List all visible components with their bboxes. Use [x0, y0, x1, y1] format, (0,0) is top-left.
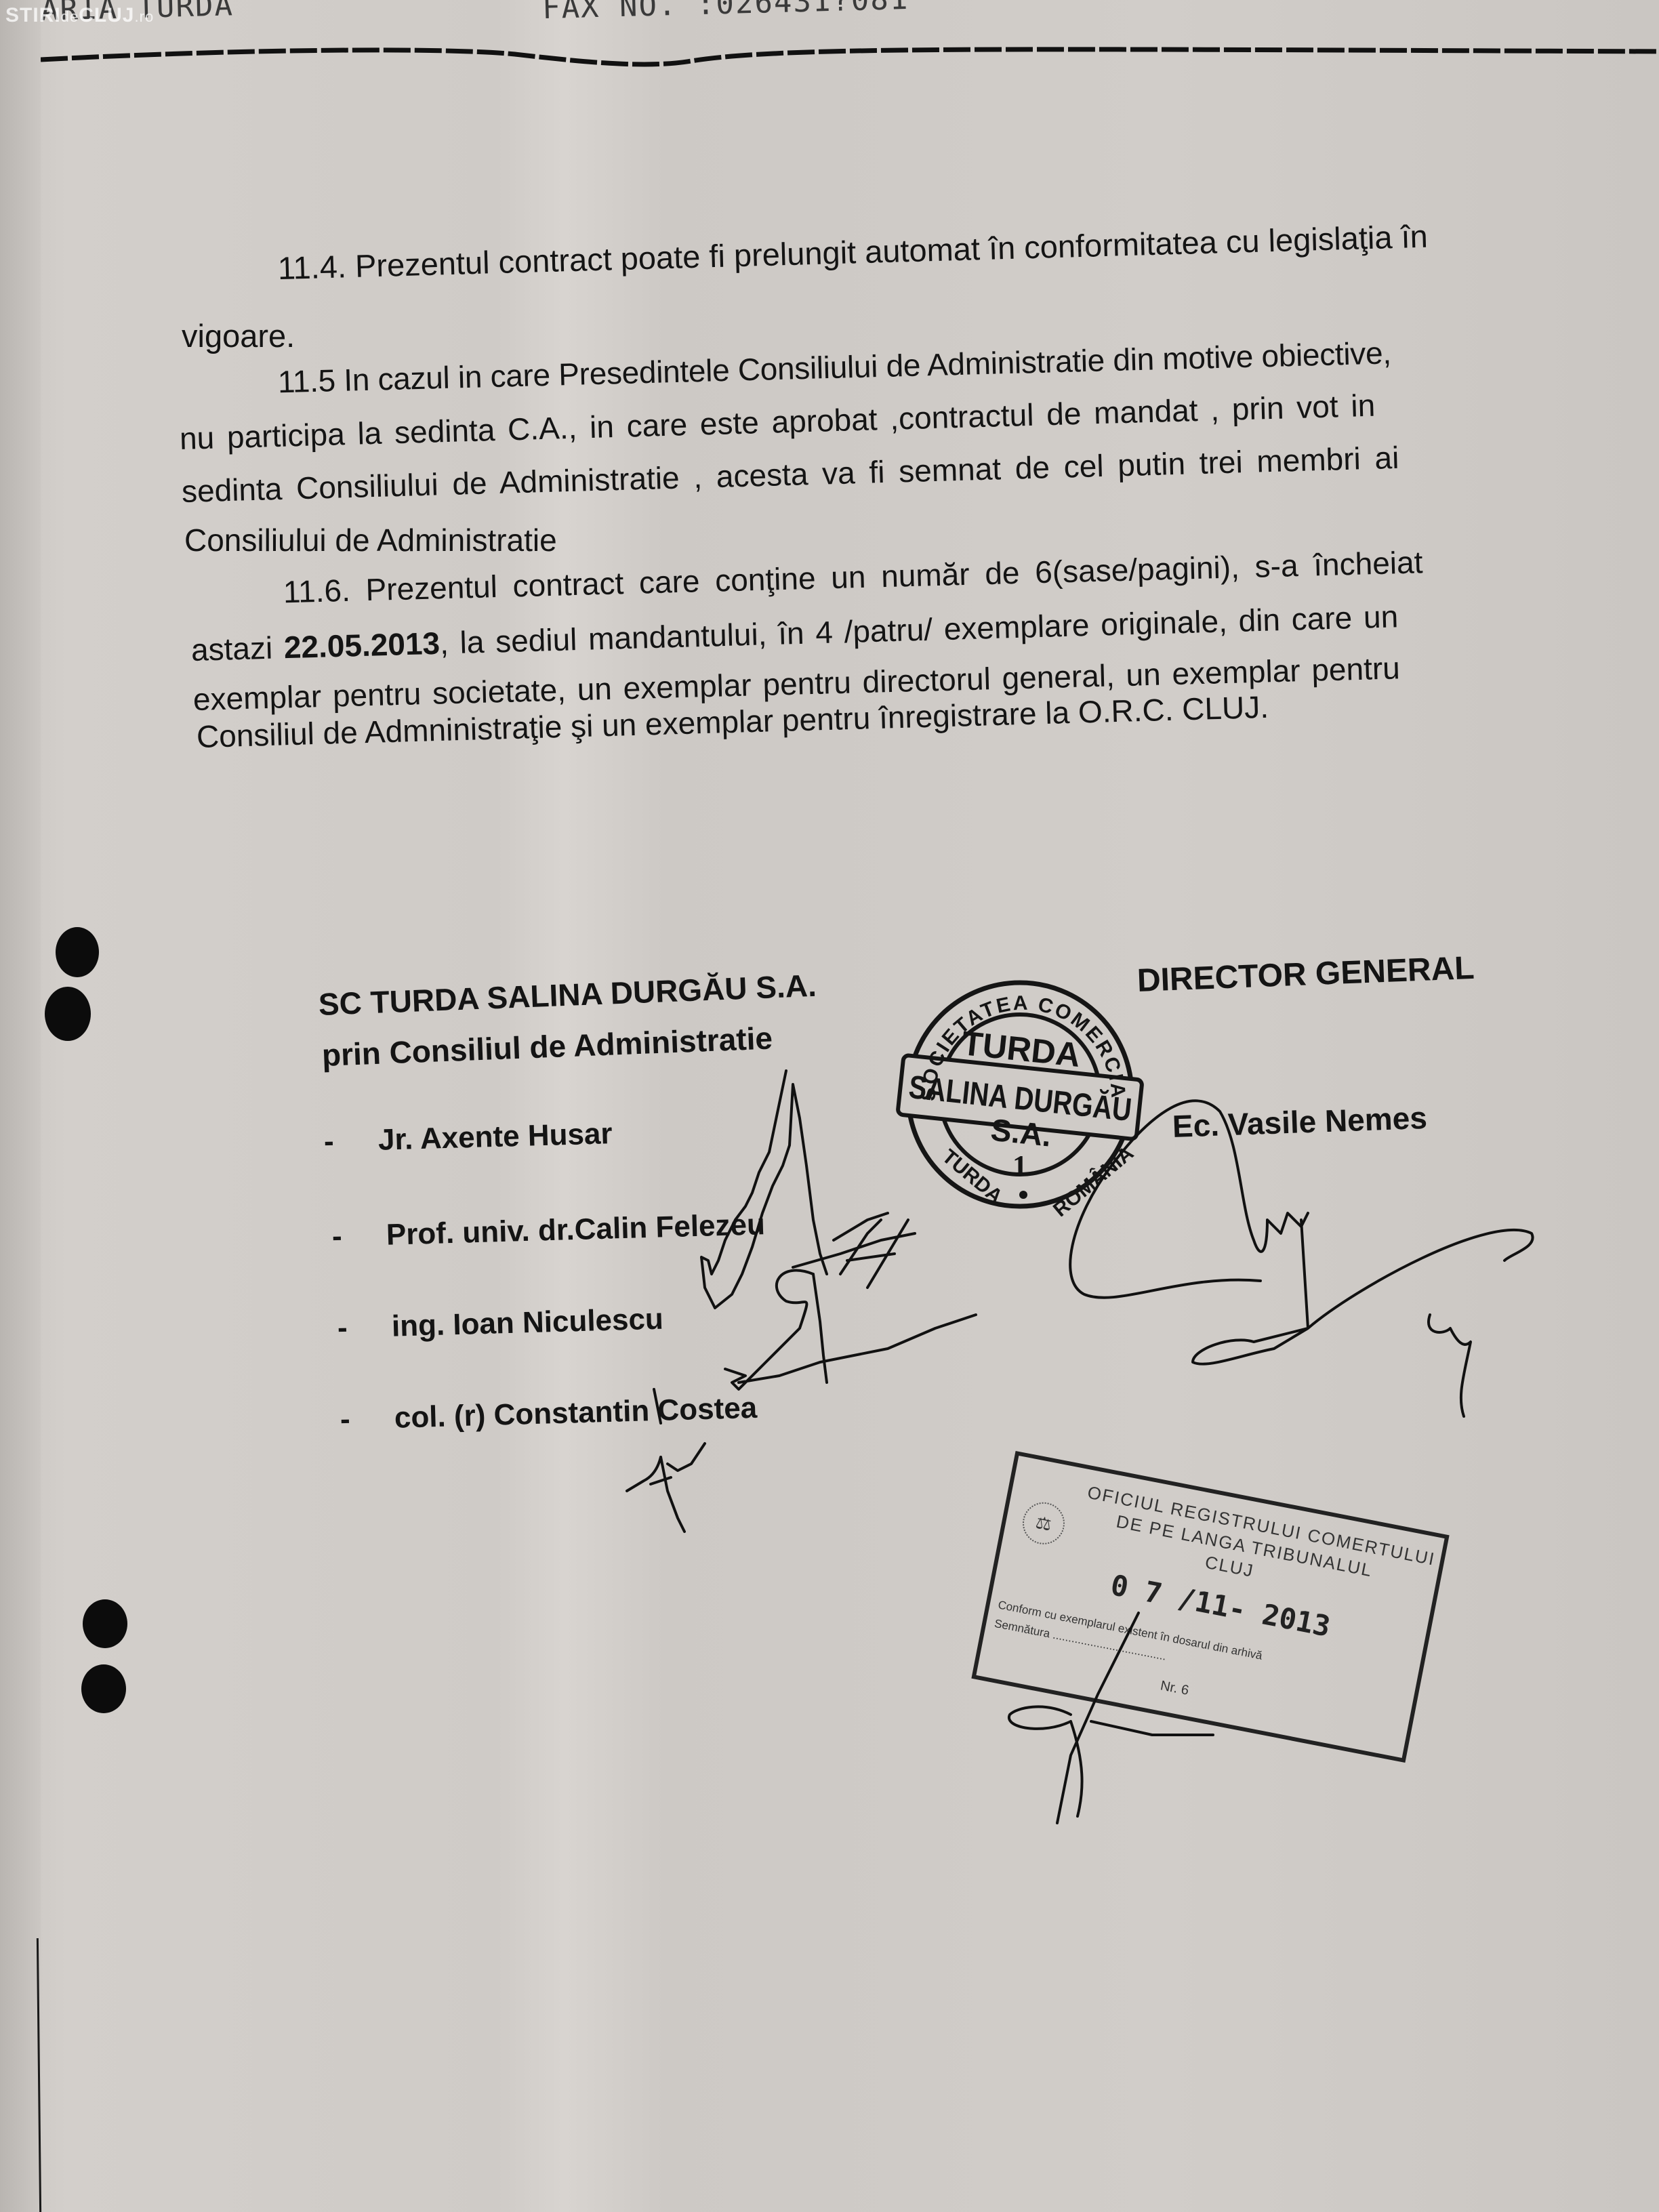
contract-date: 22.05.2013: [283, 626, 441, 665]
watermark-part: de: [61, 8, 79, 25]
watermark-logo: STIRIdeCLUJ.ro: [5, 4, 154, 27]
board-member: -col. (r) Constantin Costea: [340, 1391, 758, 1437]
member-name: Jr. Axente Husar: [377, 1117, 613, 1157]
board-member: -Jr. Axente Husar: [323, 1117, 613, 1159]
bullet: -: [323, 1124, 378, 1159]
signature-niculescu: [725, 1271, 976, 1389]
board-member: -Prof. univ. dr.Calin Felezeu: [331, 1208, 765, 1254]
seal-outer-bottom-left: TURDA: [938, 1145, 1007, 1208]
seal-dot: [1019, 1191, 1027, 1199]
binder-hole: [45, 987, 91, 1041]
signature-husar: [701, 1071, 827, 1308]
seal-number: 1: [1012, 1149, 1027, 1183]
bullet: -: [331, 1218, 386, 1254]
binder-hole: [83, 1599, 127, 1648]
member-name: Prof. univ. dr.Calin Felezeu: [386, 1208, 765, 1252]
clause-11-4-line-1: 11.4. Prezentul contract poate fi prelun…: [182, 218, 1428, 289]
clause-11-4-line-2: vigoare.: [182, 317, 295, 354]
binder-hole: [56, 927, 99, 977]
registry-number: Nr. 6: [1159, 1678, 1190, 1699]
company-seal: SOCIETATEA COMERCIALĂ TURDA ROMÂNIA TURD…: [895, 966, 1145, 1216]
seal-outer-bottom-right: ROMÂNIA: [1048, 1141, 1138, 1216]
company-name: SC TURDA SALINA DURGĂU S.A.: [318, 967, 817, 1023]
registry-stamp: ⚖ OFICIUL REGISTRULUI COMERTULUI DE PE L…: [971, 1451, 1449, 1763]
bullet: -: [337, 1310, 392, 1345]
member-name: ing. Ioan Niculescu: [391, 1303, 663, 1343]
fax-header-rule: [41, 41, 1659, 75]
seal-center-line-3: S.A.: [989, 1112, 1052, 1153]
registry-emblem-icon: ⚖: [1019, 1498, 1069, 1548]
page-edge: [0, 0, 41, 2212]
member-name: col. (r) Constantin Costea: [394, 1391, 758, 1435]
text-span: , la sediul mandantului, în 4 /patru/ ex…: [439, 598, 1398, 660]
watermark-part: CLUJ: [79, 4, 134, 26]
text-span: astazi: [190, 630, 284, 668]
clause-11-5-line-4: Consiliului de Administratie: [184, 522, 557, 558]
binder-hole: [81, 1664, 126, 1713]
signature-felezeu: [793, 1213, 915, 1288]
watermark-part: .ro: [135, 8, 155, 25]
board-member: -ing. Ioan Niculescu: [337, 1303, 663, 1345]
watermark-part: STIRI: [5, 4, 61, 26]
director-title: DIRECTOR GENERAL: [1136, 949, 1475, 1000]
bullet: -: [340, 1401, 394, 1437]
council-label: prin Consiliul de Administratie: [321, 1019, 773, 1073]
fax-number: FAX NO. :026431?081: [541, 0, 909, 26]
director-name: Ec. Vasile Nemes: [1172, 1099, 1428, 1145]
